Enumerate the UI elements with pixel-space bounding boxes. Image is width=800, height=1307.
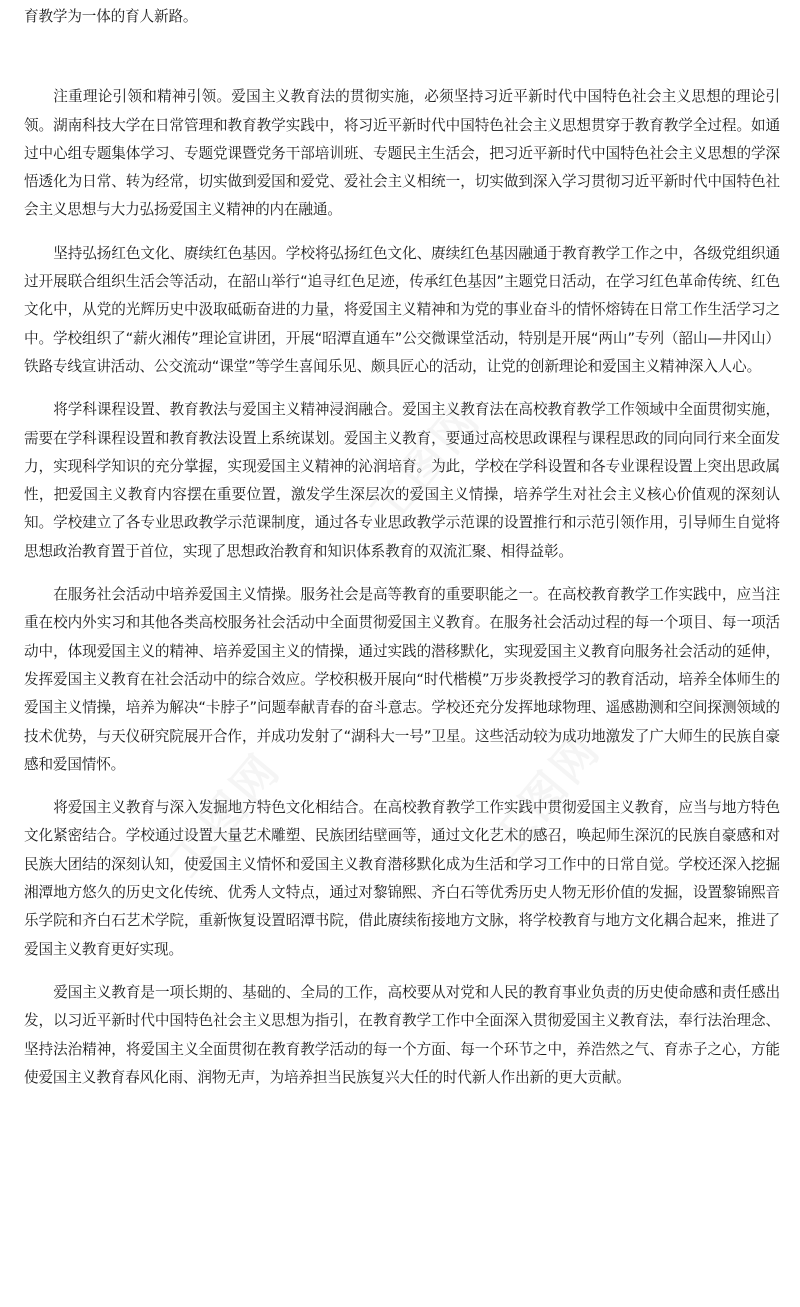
paragraph-curriculum: 将学科课程设置、教育教法与爱国主义精神浸润融合。爱国主义教育法在高校教育教学工作… — [24, 396, 780, 566]
paragraph-conclusion: 爱国主义教育是一项长期的、基础的、全局的工作，高校要从对党和人民的教育事业负责的… — [24, 979, 780, 1092]
paragraph-social-service: 在服务社会活动中培养爱国主义情操。服务社会是高等教育的重要职能之一。在高校教育教… — [24, 581, 780, 779]
paragraph-local-culture: 将爱国主义教育与深入发掘地方特色文化相结合。在高校教育教学工作实践中贯彻爱国主义… — [24, 794, 780, 964]
paragraph-0: 育教学为一体的育人新路。 — [24, 3, 780, 31]
article-body: 育教学为一体的育人新路。 注重理论引领和精神引领。爱国主义教育法的贯彻实施，必须… — [24, 3, 780, 1092]
paragraph-red-culture: 坚持弘扬红色文化、赓续红色基因。学校将弘扬红色文化、赓续红色基因融通于教育教学工… — [24, 240, 780, 381]
paragraph-theory-guidance: 注重理论引领和精神引领。爱国主义教育法的贯彻实施，必须坚持习近平新时代中国特色社… — [24, 83, 780, 224]
